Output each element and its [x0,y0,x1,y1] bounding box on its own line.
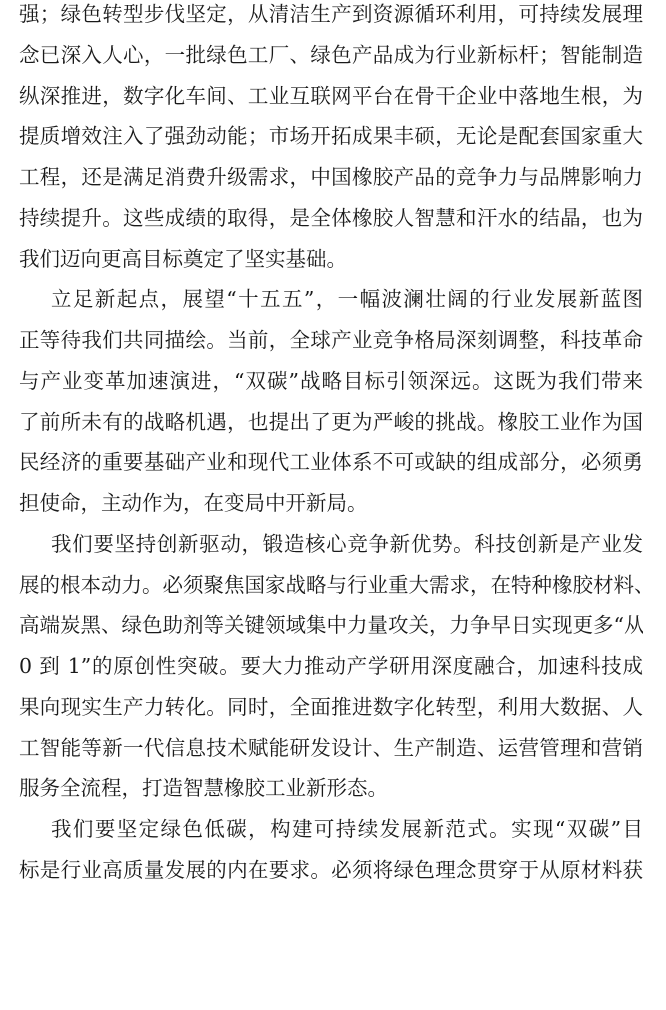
text-line: 服务全流程，打造智慧橡胶工业新形态。 [19,768,643,809]
text-line: 果向现实生产力转化。同时，全面推进数字化转型，利用大数据、人 [19,687,643,728]
paragraph-fifteenth-five-year-outlook: 立足新起点，展望“十五五”，一幅波澜壮阔的行业发展新蓝图 正等待我们共同描绘。当… [19,279,643,524]
text-line: 提质增效注入了强劲动能；市场开拓成果丰硕，无论是配套国家重大 [19,116,643,157]
text-line: 0 到 1”的原创性突破。要大力推动产学研用深度融合，加速科技成 [19,646,643,687]
text-line: 强；绿色转型步伐坚定，从清洁生产到资源循环利用，可持续发展理 [19,0,643,35]
text-line: 工程，还是满足消费升级需求，中国橡胶产品的竞争力与品牌影响力 [19,157,643,198]
paragraph-achievements-continuation: 强；绿色转型步伐坚定，从清洁生产到资源循环利用，可持续发展理 念已深入人心，一批… [19,0,643,279]
paragraph-innovation-driven: 我们要坚持创新驱动，锻造核心竞争新优势。科技创新是产业发 展的根本动力。必须聚焦… [19,524,643,809]
text-line: 正等待我们共同描绘。当前，全球产业竞争格局深刻调整，科技革命 [19,320,643,361]
text-line: 我们要坚定绿色低碳，构建可持续发展新范式。实现“双碳”目 [19,809,643,850]
text-line: 了前所未有的战略机遇，也提出了更为严峻的挑战。橡胶工业作为国 [19,402,643,443]
text-line: 担使命，主动作为，在变局中开新局。 [19,483,643,524]
text-line: 高端炭黑、绿色助剂等关键领域集中力量攻关，力争早日实现更多“从 [19,605,643,646]
text-line: 纵深推进，数字化车间、工业互联网平台在骨干企业中落地生根，为 [19,76,643,117]
text-line: 我们要坚持创新驱动，锻造核心竞争新优势。科技创新是产业发 [19,524,643,565]
text-line: 民经济的重要基础产业和现代工业体系不可或缺的组成部分，必须勇 [19,442,643,483]
text-line: 工智能等新一代信息技术赋能研发设计、生产制造、运营管理和营销 [19,728,643,769]
text-line: 念已深入人心，一批绿色工厂、绿色产品成为行业新标杆；智能制造 [19,35,643,76]
text-line: 与产业变革加速演进，“双碳”战略目标引领深远。这既为我们带来 [19,361,643,402]
text-line: 展的根本动力。必须聚焦国家战略与行业重大需求，在特种橡胶材料、 [19,565,643,606]
document-page: 强；绿色转型步伐坚定，从清洁生产到资源循环利用，可持续发展理 念已深入人心，一批… [19,0,643,891]
text-line: 标是行业高质量发展的内在要求。必须将绿色理念贯穿于从原材料获 [19,850,643,891]
text-line: 立足新起点，展望“十五五”，一幅波澜壮阔的行业发展新蓝图 [19,279,643,320]
paragraph-green-low-carbon: 我们要坚定绿色低碳，构建可持续发展新范式。实现“双碳”目 标是行业高质量发展的内… [19,809,643,891]
text-line: 我们迈向更高目标奠定了坚实基础。 [19,239,643,280]
text-line: 持续提升。这些成绩的取得，是全体橡胶人智慧和汗水的结晶，也为 [19,198,643,239]
